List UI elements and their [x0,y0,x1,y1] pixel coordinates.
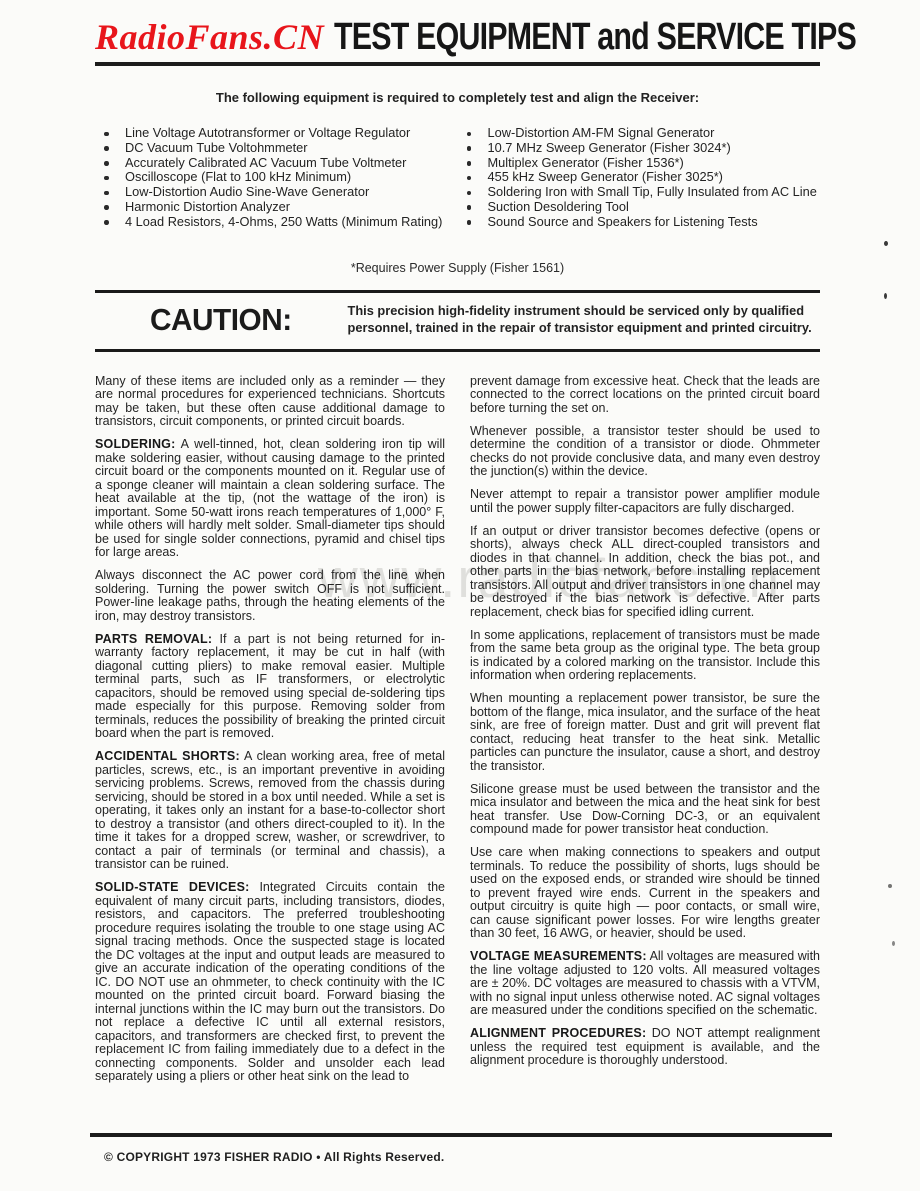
equipment-item: Low-Distortion AM-FM Signal Generator [458,126,821,141]
paragraph-text: Integrated Circuits contain the equivale… [95,880,445,1083]
scan-artifact [888,884,892,888]
equipment-item: Multiplex Generator (Fisher 1536*) [458,156,821,171]
equipment-item: Line Voltage Autotransformer or Voltage … [95,126,458,141]
equipment-item: Accurately Calibrated AC Vacuum Tube Vol… [95,156,458,171]
section-heading: ALIGNMENT PROCEDURES: [470,1026,646,1040]
paragraph: VOLTAGE MEASUREMENTS: All voltages are m… [470,950,820,1018]
service-manual-page: RadioFans.CN TEST EQUIPMENT and SERVICE … [0,0,920,1093]
equipment-list-right: Low-Distortion AM-FM Signal Generator 10… [458,126,821,230]
equipment-item: Low-Distortion Audio Sine-Wave Generator [95,185,458,200]
paragraph-text: When mounting a replacement power transi… [470,691,820,773]
body-text: Many of these items are included only as… [95,375,820,1094]
paragraph: Whenever possible, a transistor tester s… [470,425,820,479]
paragraph: SOLID-STATE DEVICES: Integrated Circuits… [95,881,445,1084]
equipment-item: 455 kHz Sweep Generator (Fisher 3025*) [458,170,821,185]
equipment-list-left: Line Voltage Autotransformer or Voltage … [95,126,458,230]
body-column-left: Many of these items are included only as… [95,375,445,1094]
paragraph: Always disconnect the AC power cord from… [95,569,445,623]
paragraph: ALIGNMENT PROCEDURES: DO NOT attempt rea… [470,1027,820,1068]
page-footer: © COPYRIGHT 1973 FISHER RADIO • All Righ… [90,1133,832,1164]
paragraph-text: Always disconnect the AC power cord from… [95,568,445,623]
equipment-item: Harmonic Distortion Analyzer [95,200,458,215]
paragraph-text: In some applications, replacement of tra… [470,628,820,683]
paragraph-text: prevent damage from excessive heat. Chec… [470,374,820,415]
equipment-lists: Line Voltage Autotransformer or Voltage … [95,126,820,230]
paragraph: prevent damage from excessive heat. Chec… [470,375,820,416]
equipment-item: Soldering Iron with Small Tip, Fully Ins… [458,185,821,200]
page-header: RadioFans.CN TEST EQUIPMENT and SERVICE … [95,16,820,59]
paragraph-text: Use care when making connections to spea… [470,845,820,940]
paragraph: Many of these items are included only as… [95,375,445,429]
caution-box: CAUTION: This precision high-fidelity in… [95,290,820,352]
paragraph-text: If a part is not being returned for in-w… [95,632,445,741]
paragraph: PARTS REMOVAL: If a part is not being re… [95,633,445,741]
equipment-item: Suction Desoldering Tool [458,200,821,215]
scan-artifact [884,241,888,246]
paragraph: If an output or driver transistor become… [470,525,820,620]
section-heading: VOLTAGE MEASUREMENTS: [470,949,647,963]
paragraph: ACCIDENTAL SHORTS: A clean working area,… [95,750,445,872]
equipment-item: Oscilloscope (Flat to 100 kHz Minimum) [95,170,458,185]
intro-line: The following equipment is required to c… [95,90,820,105]
section-heading: PARTS REMOVAL: [95,632,212,646]
paragraph-text: Many of these items are included only as… [95,374,445,429]
paragraph-text: Never attempt to repair a transistor pow… [470,487,820,515]
body-column-right: prevent damage from excessive heat. Chec… [470,375,820,1094]
paragraph: Use care when making connections to spea… [470,846,820,941]
scan-artifact [884,293,887,299]
section-heading: SOLID-STATE DEVICES: [95,880,249,894]
radiofans-logo: RadioFans.CN [95,16,324,58]
header-divider [95,62,820,66]
page-title: TEST EQUIPMENT and SERVICE TIPS [334,16,856,59]
power-supply-note: *Requires Power Supply (Fisher 1561) [95,261,820,275]
paragraph: Never attempt to repair a transistor pow… [470,488,820,515]
equipment-item: Sound Source and Speakers for Listening … [458,215,821,230]
section-heading: SOLDERING: [95,437,175,451]
section-heading: ACCIDENTAL SHORTS: [95,749,240,763]
scan-artifact [892,941,895,946]
paragraph: SOLDERING: A well-tinned, hot, clean sol… [95,438,445,560]
paragraph-text: Whenever possible, a transistor tester s… [470,424,820,479]
equipment-item: 4 Load Resistors, 4-Ohms, 250 Watts (Min… [95,215,458,230]
copyright-text: © COPYRIGHT 1973 FISHER RADIO • All Righ… [104,1150,832,1164]
equipment-item: 10.7 MHz Sweep Generator (Fisher 3024*) [458,141,821,156]
equipment-item: DC Vacuum Tube Voltohmmeter [95,141,458,156]
caution-text: This precision high-fidelity instrument … [348,303,820,336]
paragraph-text: A well-tinned, hot, clean soldering iron… [95,437,445,559]
paragraph: Silicone grease must be used between the… [470,783,820,837]
paragraph-text: Silicone grease must be used between the… [470,782,820,837]
footer-divider [90,1133,832,1137]
paragraph-text: If an output or driver transistor become… [470,524,820,619]
paragraph: In some applications, replacement of tra… [470,629,820,683]
paragraph-text: A clean working area, free of metal part… [95,749,445,871]
caution-label: CAUTION: [150,302,292,338]
paragraph: When mounting a replacement power transi… [470,692,820,773]
